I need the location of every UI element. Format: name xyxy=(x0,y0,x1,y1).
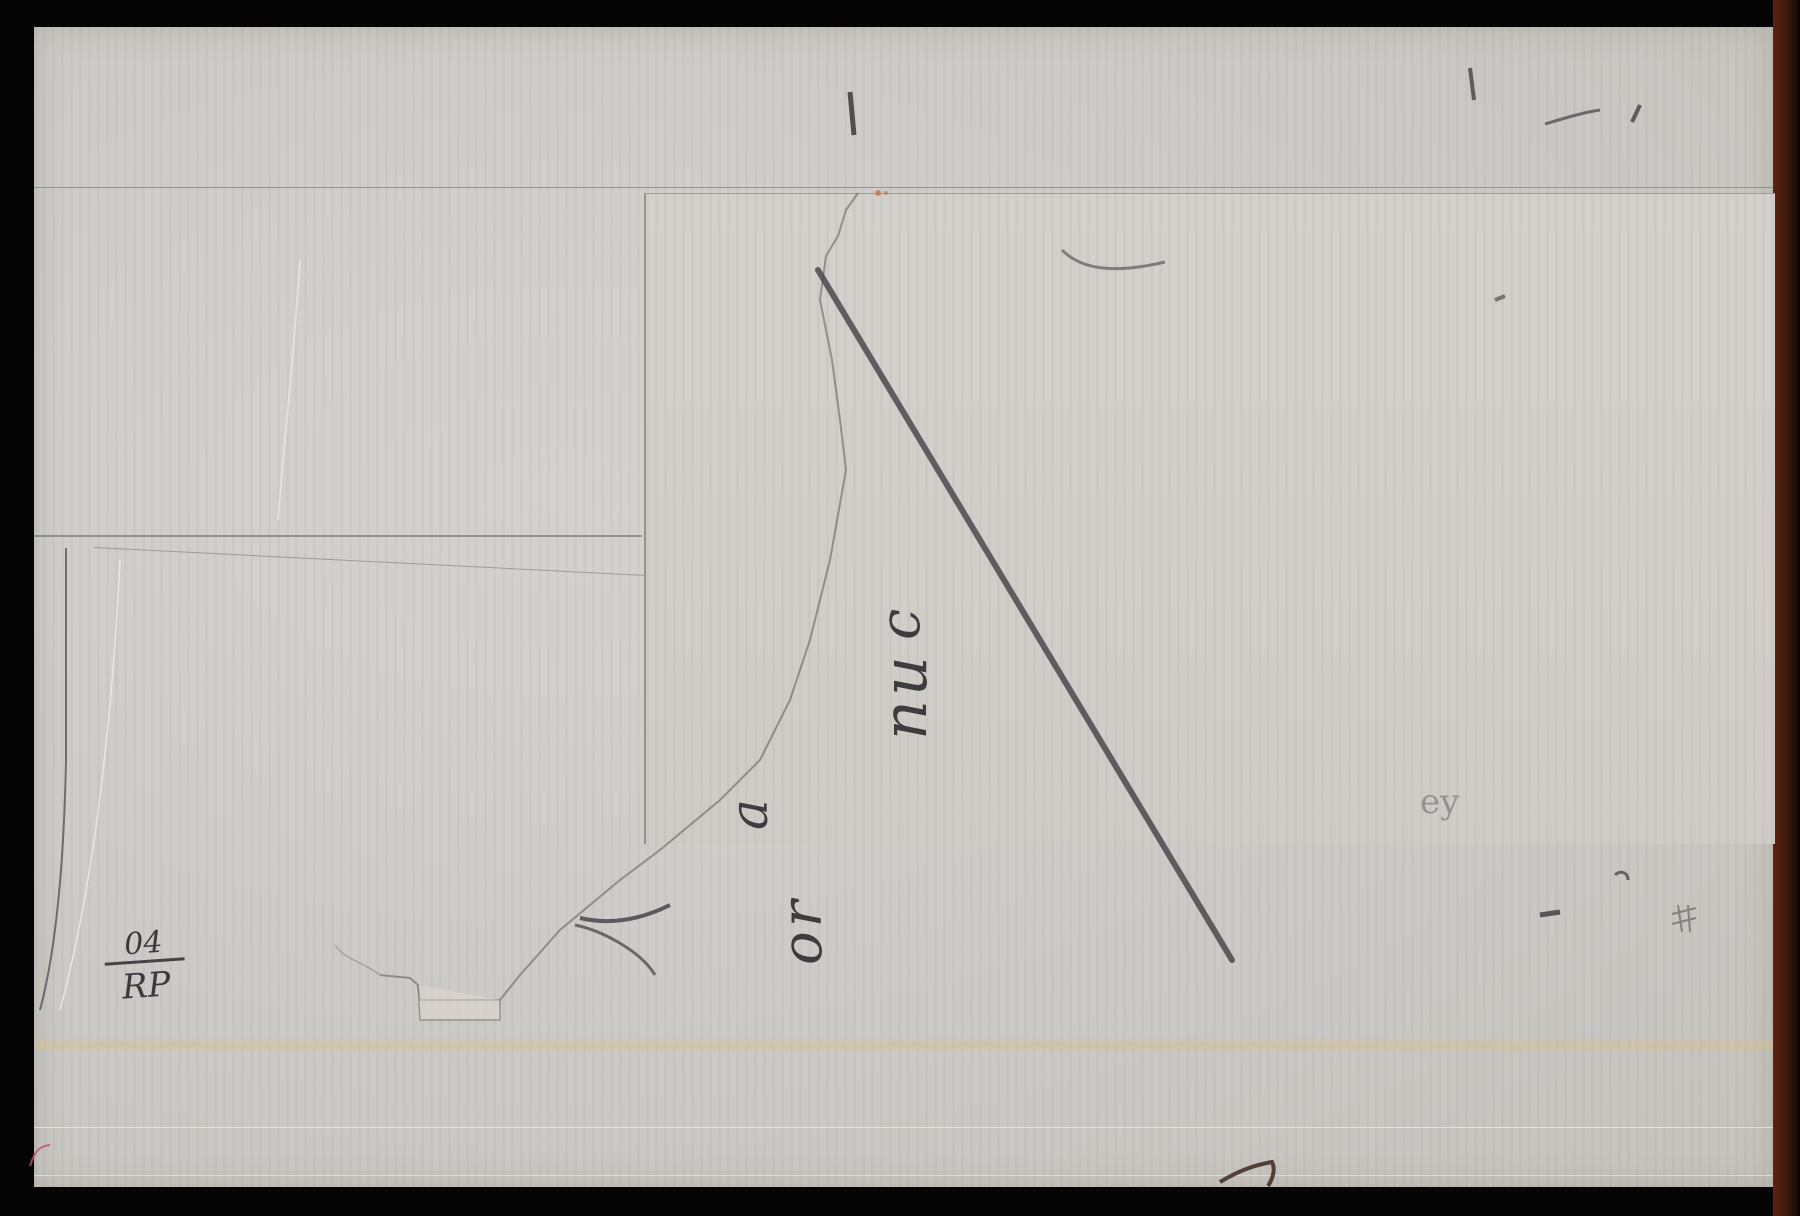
brown-edge-strip xyxy=(1773,0,1799,1216)
top-fold-line xyxy=(34,187,1773,188)
left-horizontal-fold xyxy=(34,535,642,537)
inner-flap xyxy=(644,193,1775,844)
rotated-script-c: c xyxy=(868,605,933,640)
bottom-crease xyxy=(34,1127,1773,1128)
mark-bottom-text: RP xyxy=(121,964,172,1007)
rotated-script-a: a xyxy=(720,795,780,830)
faint-marks-right: ey xyxy=(1420,782,1459,822)
rotated-script-nu: nu xyxy=(868,652,941,740)
left-slanted-fold xyxy=(94,547,645,576)
pencil-mark-04-rp: 04 RP xyxy=(97,925,192,1008)
bottom-fold-stain xyxy=(34,1037,1773,1053)
bottom-crease-lower xyxy=(34,1175,1773,1176)
rotated-script-or: or xyxy=(770,897,835,965)
mark-top-text: 04 xyxy=(102,925,184,965)
